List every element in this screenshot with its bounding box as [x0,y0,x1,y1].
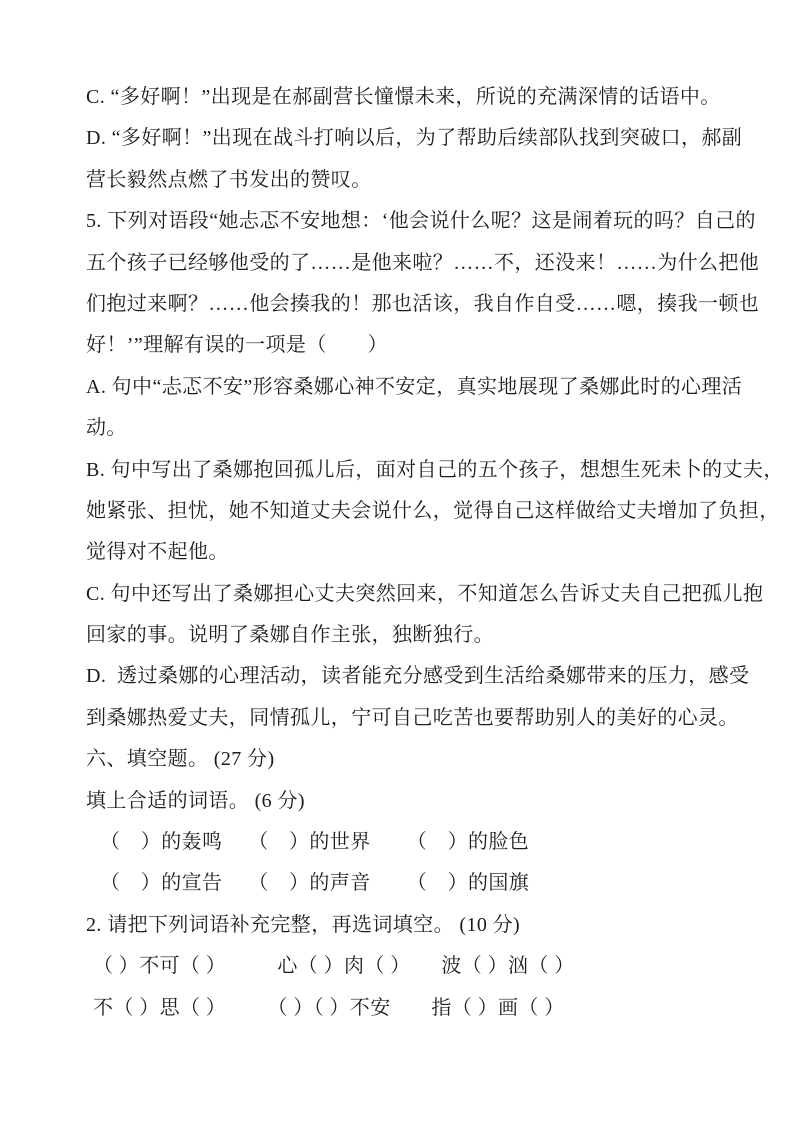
question-5-line-4-answer-blank: 好！’”理解有误的一项是（ ） [86,325,726,366]
q5-option-c-line: C. 句中还写出了桑娜担心丈夫突然回来，不知道怎么告诉丈夫自己把孤儿抱 [86,574,726,615]
q5-option-d-line: D. 透过桑娜的心理活动，读者能充分感受到生活给桑娜带来的压力，感受 [86,656,726,697]
question-5-line-3: 们抱过来啊？……他会揍我的！那也活该，我自作自受……嗯，揍我一顿也 [86,284,726,325]
exam-text-block: C. “多好啊！”出现是在郝副营长憧憬未来，所说的充满深情的话语中。 D. “多… [86,77,726,1029]
section-6-heading: 六、填空题。 (27 分) [86,739,726,780]
q5-option-d-cont: 到桑娜热爱丈夫，同情孤儿，宁可自己吃苦也要帮助别人的美好的心灵。 [86,698,726,739]
option-d-line: D. “多好啊！”出现在战斗打响以后，为了帮助后续部队找到突破口，郝副 [86,118,726,159]
q5-option-b-cont: 她紧张、担忧，她不知道丈夫会说什么，觉得自己这样做给丈夫增加了负担， [86,491,726,532]
fill-blank-row-2: （ ）的宣告 （ ）的声音 （ ）的国旗 [86,863,726,904]
question-2-instruction: 2. 请把下列词语补充完整，再选词填空。 (10 分) [86,905,726,946]
question-5-line: 5. 下列对语段“她忐忑不安地想：‘他会说什么呢？这是闹着玩的吗？自己的 [86,201,726,242]
idiom-blank-row-2: 不（ ）思（ ） （ ）（ ）不安 指（ ）画（ ） [86,988,726,1029]
option-c-line: C. “多好啊！”出现是在郝副营长憧憬未来，所说的充满深情的话语中。 [86,77,726,118]
q5-option-a-cont: 动。 [86,408,726,449]
fill-words-instruction: 填上合适的词语。 (6 分) [86,781,726,822]
q5-option-c-cont: 回家的事。说明了桑娜自作主张，独断独行。 [86,615,726,656]
q5-option-a-line: A. 句中“忐忑不安”形容桑娜心神不安定，真实地展现了桑娜此时的心理活 [86,367,726,408]
fill-blank-row-1: （ ）的轰鸣 （ ）的世界 （ ）的脸色 [86,822,726,863]
q5-option-b-cont-2: 觉得对不起他。 [86,532,726,573]
option-d-line-cont: 营长毅然点燃了书发出的赞叹。 [86,160,726,201]
exam-page: C. “多好啊！”出现是在郝副营长憧憬未来，所说的充满深情的话语中。 D. “多… [0,0,793,1122]
question-5-line-2: 五个孩子已经够他受的了……是他来啦？……不，还没来！……为什么把他 [86,243,726,284]
idiom-blank-row-1: （ ）不可（ ） 心（ ）肉（ ） 波（ ）汹（ ） [86,946,726,987]
q5-option-b-line: B. 句中写出了桑娜抱回孤儿后，面对自己的五个孩子，想想生死未卜的丈夫， [86,450,726,491]
